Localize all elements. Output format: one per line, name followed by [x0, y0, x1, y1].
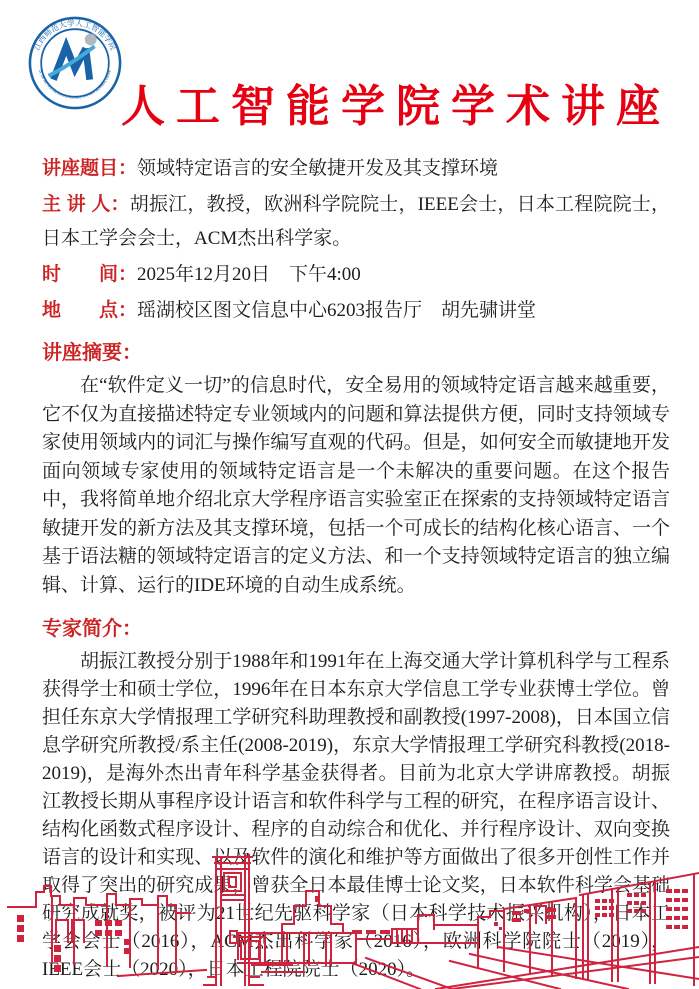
abstract-heading: 讲座摘要：	[42, 338, 670, 368]
speaker-value: 胡振江，教授，欧洲科学院院士，IEEE会士，日本工程院院士，日本工学会会士，AC…	[42, 194, 670, 249]
speaker-label: 主 讲 人：	[42, 194, 130, 215]
info-row-venue: 地 点：瑶湖校区图文信息中心6203报告厅 胡先骕讲堂	[42, 294, 670, 328]
venue-value: 瑶湖校区图文信息中心6203报告厅 胡先骕讲堂	[137, 300, 536, 321]
page-title: 人工智能学院学术讲座	[108, 70, 684, 134]
lecture-title-label: 讲座题目：	[42, 158, 137, 179]
bio-heading: 专家简介：	[42, 614, 670, 644]
campus-skyline-illustration	[0, 845, 699, 989]
time-label: 时 间：	[42, 264, 137, 285]
venue-label: 地 点：	[42, 300, 137, 321]
info-row-speaker: 主 讲 人：胡振江，教授，欧洲科学院院士，IEEE会士，日本工程院院士，日本工学…	[42, 188, 670, 256]
time-value: 2025年12月20日 下午4:00	[137, 264, 361, 285]
lecture-title-value: 领域特定语言的安全敏捷开发及其支撑环境	[137, 158, 498, 179]
info-row-lecture-title: 讲座题目：领域特定语言的安全敏捷开发及其支撑环境	[42, 152, 670, 186]
lecture-poster: 江西师范大学人工智能学院 SCHOOL OF ARTIFICIAL INTELL…	[0, 0, 699, 989]
abstract-paragraph: 在“软件定义一切”的信息时代，安全易用的领域特定语言越来越重要，它不仅为直接描述…	[42, 372, 670, 600]
info-row-time: 时 间：2025年12月20日 下午4:00	[42, 258, 670, 292]
